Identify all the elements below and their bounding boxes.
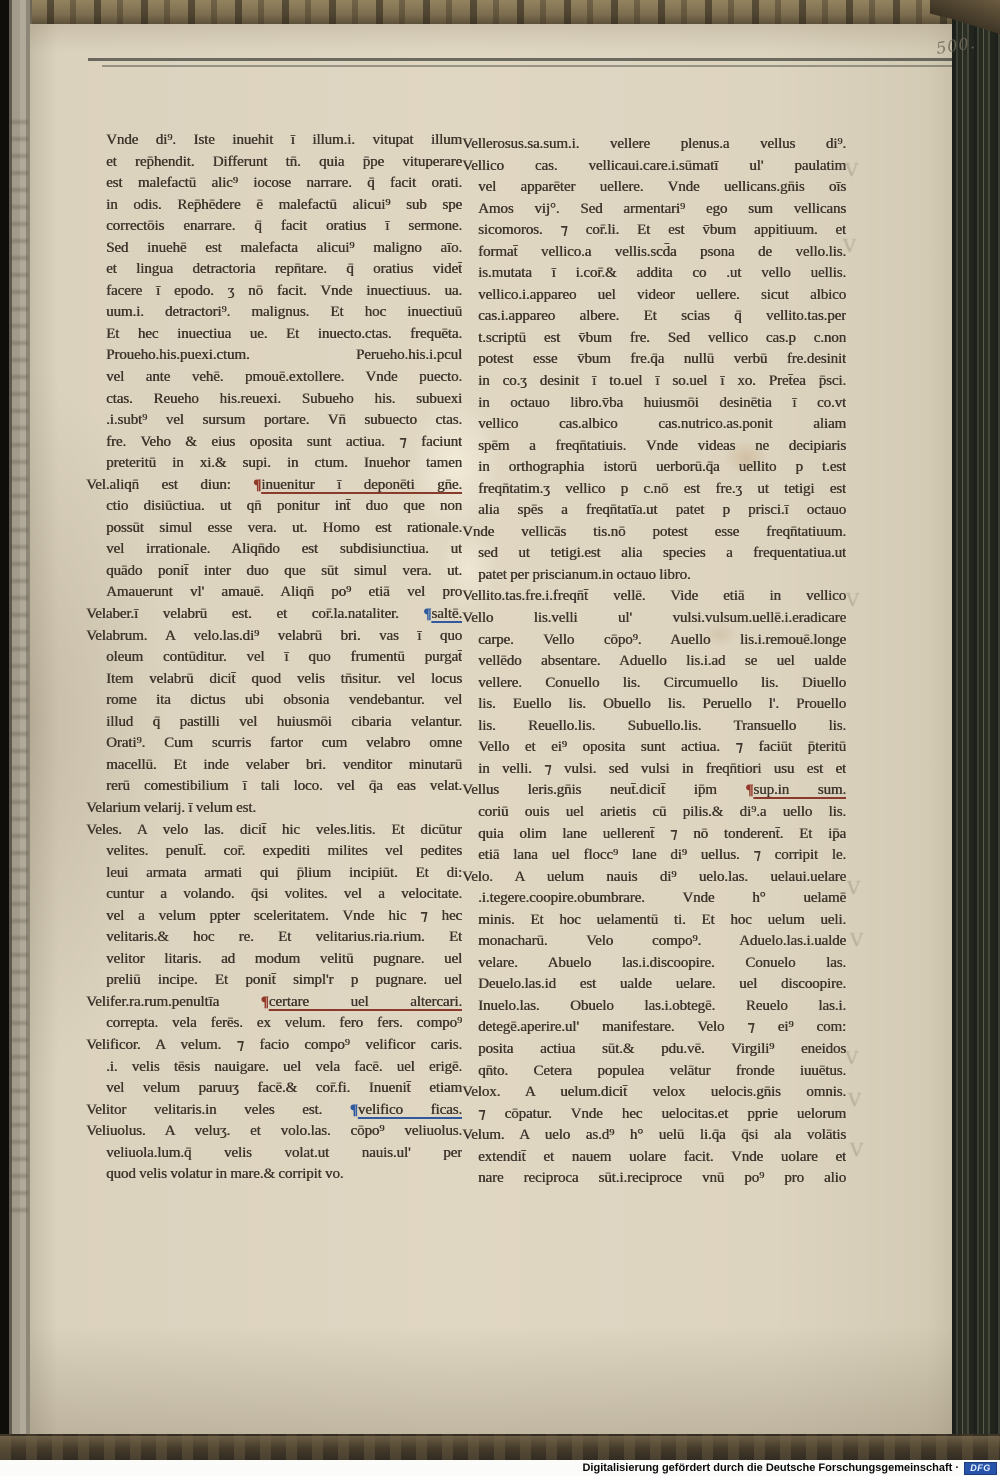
- text-line: uum.i. detractori⁹. malignus. Et hoc inu…: [86, 302, 462, 324]
- text-segment: correctōis enarrare. q̄ facit oratius ī …: [106, 218, 462, 234]
- text-line: Deuelo.las.id est ualde uelare. uel disc…: [462, 974, 846, 996]
- text-segment: Vnde di⁹. Iste inuehit ī illum.i. vitupa…: [106, 132, 462, 148]
- text-line: format̄ vellico.a vellis.scd̄a psona de …: [462, 242, 846, 264]
- text-line: et lingua detractoria repn̄tare. q̄ orat…: [86, 259, 462, 281]
- text-segment: lis. Euello lis. Obuello lis. Peruello l…: [478, 696, 846, 712]
- text-segment: uum.i. detractori⁹. malignus. Et hoc inu…: [106, 304, 462, 320]
- text-segment: posita actiua sūt.& pdu.vē. Virgili⁹ ene…: [478, 1041, 846, 1057]
- text-line: vel irrationale. Aliqn̄do est subdisiunc…: [86, 539, 462, 561]
- text-line: veliuola.lum.q̄ velis volat.ut nauis.ul'…: [86, 1143, 462, 1165]
- book-top-edge: [0, 0, 1000, 26]
- text-segment: saltē.: [431, 606, 462, 622]
- dfg-logo: DFG: [964, 1462, 997, 1475]
- text-segment: Veliuolus. A veluʒ. et volo.las. cōpo⁹ v…: [86, 1123, 462, 1139]
- text-line: Orati⁹. Cum scurris fartor cum velabro o…: [86, 733, 462, 755]
- text-segment: fre. Veho & eius oposita sunt actiua. ⁊ …: [106, 434, 462, 450]
- text-segment: sed ut tetigi.est alia species a frequen…: [478, 545, 846, 561]
- text-segment: in velli. ⁊ vulsi. sed vulsi in freqn̄ti…: [478, 761, 846, 777]
- text-line: facere ī epodo. ʒ nō facit. Vnde inuecti…: [86, 281, 462, 303]
- text-line: Vnde vellicās tis.nō potest esse freqn̄t…: [462, 522, 846, 544]
- text-line: monacharū. Velo compo⁹. Aduelo.las.i.ual…: [462, 931, 846, 953]
- text-segment: nare reciproca sūt.i.reciproce vnū po⁹ p…: [478, 1170, 846, 1186]
- text-line: est malefactū alic⁹ iocose narrare. q̄ f…: [86, 173, 462, 195]
- text-line: Velabrum. A velo.las.di⁹ velabrū bri. va…: [86, 626, 462, 648]
- text-line: spēm a freqn̄tatiuis. Vnde videas ne dec…: [462, 436, 846, 458]
- book-binding: [0, 0, 32, 1460]
- text-segment: cuntur a volando. q̄si volites. vel a ve…: [106, 886, 462, 902]
- text-segment: sicomoros. ⁊ cor̄.li. Et est v̄bum appit…: [478, 222, 846, 238]
- text-line: preteritū in xi.& supi. in ctum. Inuehor…: [86, 453, 462, 475]
- text-line: illud q̄ pastilli vel huiusmōi cibaria v…: [86, 712, 462, 734]
- text-line: Velum. A uelo as.d⁹ h° uelū li.q̄a q̄si …: [462, 1125, 846, 1147]
- text-segment: spēm a freqn̄tatiuis. Vnde videas ne dec…: [478, 438, 846, 454]
- text-segment: Vello lis.velli ul' vulsi.vulsum.uellē.i…: [462, 610, 846, 626]
- text-line: in orthographia istorū uerborū.q̄a uelli…: [462, 457, 846, 479]
- text-line: Velifer.ra.rum.penultīa ¶certare uel alt…: [86, 992, 462, 1014]
- text-segment: velare. Abuelo las.i.discoopire. Conuelo…: [478, 955, 846, 971]
- text-segment: in orthographia istorū uerborū.q̄a uelli…: [478, 459, 846, 475]
- text-line: Amauerunt vl' amauē. Aliqn̄ po⁹ etiā vel…: [86, 582, 462, 604]
- text-segment: ctio disiūctiua. ut qn̄ ponitur int̄ duo…: [106, 498, 462, 514]
- text-line: vellēdo absentare. Aduello lis.i.ad se u…: [462, 651, 846, 673]
- text-line: ⁊ cōpatur. Vnde hec uelocitas.et pprie u…: [462, 1104, 846, 1126]
- text-segment: vellico cas.albico cas.nutrico.as.ponit …: [478, 416, 846, 432]
- text-line: Et hec inuectiua ue. Et inuecto.ctas. fr…: [86, 324, 462, 346]
- text-segment: Vellico cas. vellicaui.care.i.sūmatī ul'…: [462, 158, 846, 174]
- text-segment: sup.in sum.: [753, 782, 846, 798]
- text-line: correctōis enarrare. q̄ facit oratius ī …: [86, 216, 462, 238]
- paragraph-mark: ¶: [261, 994, 269, 1010]
- text-segment: patet per priscianum.in octauo libro.: [478, 567, 691, 583]
- text-line: in velli. ⁊ vulsi. sed vulsi in freqn̄ti…: [462, 759, 846, 781]
- text-line: Vellus leris.gn̄is neut̄.dicit̄ ip̄m ¶su…: [462, 780, 846, 802]
- text-line: Velaber.ī velabrū est. et cor̄.la.natali…: [86, 604, 462, 626]
- text-line: vel velum paruuʒ facē.& cor̄.fi. Inuenit…: [86, 1078, 462, 1100]
- text-line: t.scriptū est v̄bum fre. Sed vellico cas…: [462, 328, 846, 350]
- text-line: vellere. Conuello lis. Circumuello lis. …: [462, 673, 846, 695]
- paragraph-mark: ¶: [253, 477, 261, 493]
- text-segment: coriū ouis uel arietis cū pilis.& di⁹.a …: [478, 804, 846, 820]
- text-segment: carpe. Vello cōpo⁹. Auello lis.i.remouē.…: [478, 632, 846, 648]
- text-segment: alia spēs a freqn̄tatīa.ut patet p prisc…: [478, 502, 846, 518]
- text-column-left: Vnde di⁹. Iste inuehit ī illum.i. vitupa…: [86, 130, 462, 1186]
- text-segment: correpta. vela ferēs. ex velum. fero fer…: [106, 1015, 462, 1031]
- text-segment: Orati⁹. Cum scurris fartor cum velabro o…: [106, 735, 462, 751]
- text-segment: vellēdo absentare. Aduello lis.i.ad se u…: [478, 653, 846, 669]
- text-segment: freqn̄tatim.ʒ vellico p c.nō est fre.ʒ u…: [478, 481, 846, 497]
- text-line: ctas. Reueho his.reuexi. Subueho his. su…: [86, 389, 462, 411]
- text-segment: vel irrationale. Aliqn̄do est subdisiunc…: [106, 541, 462, 557]
- text-segment: Et hec inuectiua ue. Et inuecto.ctas. fr…: [106, 326, 462, 342]
- text-line: .i.tegere.coopire.obumbrare. Vnde h° uel…: [462, 888, 846, 910]
- text-line: in octauo libro.v̄ba huiusmōi desinētia …: [462, 393, 846, 415]
- text-line: vellico cas.albico cas.nutrico.as.ponit …: [462, 414, 846, 436]
- text-segment: Velum. A uelo as.d⁹ h° uelū li.q̄a q̄si …: [462, 1127, 846, 1143]
- text-line: velare. Abuelo las.i.discoopire. Conuelo…: [462, 953, 846, 975]
- text-segment: Vellerosus.sa.sum.i. vellere plenus.a ve…: [462, 136, 846, 152]
- text-segment: velifico ficas.: [358, 1102, 462, 1118]
- text-segment: rome ita dictus ubi obsonia vendebantur.…: [106, 692, 462, 708]
- text-line: lis. Reuello.lis. Subuello.lis. Transuel…: [462, 716, 846, 738]
- text-line: Veliuolus. A veluʒ. et volo.las. cōpo⁹ v…: [86, 1121, 462, 1143]
- book-bottom-edge: [0, 1434, 1000, 1462]
- text-segment: .i. velis tēsis nauigare. uel vela facē.…: [106, 1059, 462, 1075]
- text-segment: quia olim lane uellerent̄ ⁊ nō tonderent…: [478, 826, 846, 842]
- text-line: quia olim lane uellerent̄ ⁊ nō tonderent…: [462, 824, 846, 846]
- text-segment: Amauerunt vl' amauē. Aliqn̄ po⁹ etiā vel…: [106, 584, 462, 600]
- bleed-through-letter: V: [847, 878, 860, 899]
- text-segment: Velitor velitaris.in veles est.: [86, 1102, 350, 1118]
- manuscript-scan: 500. Vnde di⁹. Iste inuehit ī illum.i. v…: [0, 0, 1000, 1476]
- page-stack-edge: [952, 14, 1000, 1444]
- text-segment: inuenitur ī deponēti gn̄e.: [261, 477, 462, 493]
- text-segment: et rep̄hendit. Differunt tn̄. quia p̄pe …: [106, 154, 462, 170]
- text-line: velitor litaris. ad modum velitū pugnare…: [86, 949, 462, 971]
- text-segment: Vnde vellicās tis.nō potest esse freqn̄t…: [462, 524, 846, 540]
- text-segment: certare uel altercari.: [269, 994, 462, 1010]
- text-segment: et lingua detractoria repn̄tare. q̄ orat…: [106, 261, 462, 277]
- page-edge-line-inner: [102, 65, 974, 87]
- text-segment: vel apparēter uellere. Vnde uellicans.gn…: [478, 179, 846, 195]
- text-line: patet per priscianum.in octauo libro.: [462, 565, 846, 587]
- text-segment: potest esse v̄bum fre.q̄a nullū verbū fr…: [478, 351, 846, 367]
- text-segment: velites. penult̄. cor̄. expediti milites…: [106, 843, 462, 859]
- text-line: et rep̄hendit. Differunt tn̄. quia p̄pe …: [86, 152, 462, 174]
- text-line: quod velis volatur in mare.& corripit vo…: [86, 1164, 462, 1186]
- text-line: cuntur a volando. q̄si volites. vel a ve…: [86, 884, 462, 906]
- text-line: Proueho.his.puexi.ctum. Perueho.his.i.pc…: [86, 345, 462, 367]
- digitization-credit-bar: Digitalisierung gefördert durch die Deut…: [0, 1460, 1000, 1476]
- text-segment: Vello et ei⁹ oposita sunt actiua. ⁊ faci…: [478, 739, 846, 755]
- text-segment: Velaber.ī velabrū est. et cor̄.la.natali…: [86, 606, 423, 622]
- text-segment: t.scriptū est v̄bum fre. Sed vellico cas…: [478, 330, 846, 346]
- text-segment: est malefactū alic⁹ iocose narrare. q̄ f…: [106, 175, 462, 191]
- text-segment: .i.tegere.coopire.obumbrare. Vnde h° uel…: [478, 890, 846, 906]
- credit-text: Digitalisierung gefördert durch die Deut…: [582, 1462, 959, 1474]
- text-line: Velitor velitaris.in veles est. ¶velific…: [86, 1100, 462, 1122]
- bleed-through-letter: V: [848, 1090, 861, 1111]
- text-segment: ⁊ cōpatur. Vnde hec uelocitas.et pprie u…: [478, 1106, 846, 1122]
- text-segment: cas.i.appareo albere. Et scias q̄ vellit…: [478, 308, 846, 324]
- text-segment: Sed inuehē est malefacta alicui⁹ maligno…: [106, 240, 462, 256]
- text-line: Vel.aliqn̄ est diun: ¶inuenitur ī deponē…: [86, 475, 462, 497]
- text-segment: Inuelo.las. Obuelo las.i.obtegē. Reuelo …: [478, 998, 846, 1014]
- text-segment: Deuelo.las.id est ualde uelare. uel disc…: [478, 976, 846, 992]
- text-segment: qn̄to. Cetera populea velātur fronde iuu…: [478, 1063, 846, 1079]
- text-segment: Velo. A uelum nauis di⁹ uelo.las. uelaui…: [462, 869, 846, 885]
- text-line: Veles. A velo las. dicit̄ hic veles.liti…: [86, 820, 462, 842]
- text-segment: in odis. Rep̄hēdere ē malefactū alicui⁹ …: [106, 197, 462, 213]
- text-line: Velox. A uelum.dicit̄ velox uelocis.gn̄i…: [462, 1082, 846, 1104]
- text-line: is.mutata ī i.cor̄.& addita co .ut vello…: [462, 263, 846, 285]
- text-segment: preteritū in xi.& supi. in ctum. Inuehor…: [106, 455, 462, 471]
- text-line: potest esse v̄bum fre.q̄a nullū verbū fr…: [462, 349, 846, 371]
- text-line: vellico.i.appareo uel videor uellere. si…: [462, 285, 846, 307]
- text-line: sed ut tetigi.est alia species a frequen…: [462, 543, 846, 565]
- text-segment: detegē.aperire.ul' manifestare. Velo ⁊ e…: [478, 1019, 846, 1035]
- text-line: oleum contūditur. vel ī quo frumentū pur…: [86, 647, 462, 669]
- text-segment: .i.subt⁹ vel sursum portare. Vn̄ subuect…: [106, 412, 462, 428]
- text-segment: Velarium velarij. ī velum est.: [86, 800, 256, 816]
- text-line: possūt simul esse vera. ut. Homo est rat…: [86, 518, 462, 540]
- text-segment: Item velabrū dicit̄ quod velis tn̄situr.…: [106, 671, 462, 687]
- text-segment: velitaris.& hoc re. Et velitarius.ria.ri…: [106, 929, 462, 945]
- text-line: nare reciproca sūt.i.reciproce vnū po⁹ p…: [462, 1168, 846, 1190]
- text-segment: in co.ʒ desinit ī to.uel ī so.uel ī xo. …: [478, 373, 846, 389]
- text-line: Amos vij°. Sed armentari⁹ ego sum vellic…: [462, 199, 846, 221]
- text-segment: Vellito.tas.fre.i.freqn̄t̄ vellē. Vide e…: [462, 588, 846, 604]
- text-segment: rerū comestibilium ī tali loco. vel q̄a …: [106, 778, 462, 794]
- text-line: fre. Veho & eius oposita sunt actiua. ⁊ …: [86, 432, 462, 454]
- text-segment: in octauo libro.v̄ba huiusmōi desinētia …: [478, 395, 846, 411]
- text-line: Inuelo.las. Obuelo las.i.obtegē. Reuelo …: [462, 996, 846, 1018]
- text-segment: monacharū. Velo compo⁹. Aduelo.las.i.ual…: [478, 933, 846, 949]
- text-line: Vellico cas. vellicaui.care.i.sūmatī ul'…: [462, 156, 846, 178]
- text-segment: Velificor. A velum. ⁊ facio compo⁹ velif…: [86, 1037, 462, 1053]
- text-segment: macellū. Et inde velaber bri. venditor m…: [106, 757, 462, 773]
- text-line: rerū comestibilium ī tali loco. vel q̄a …: [86, 776, 462, 798]
- text-line: Vello et ei⁹ oposita sunt actiua. ⁊ faci…: [462, 737, 846, 759]
- text-line: minis. Et hoc uelamentū ti. Et hoc uelum…: [462, 910, 846, 932]
- text-segment: minis. Et hoc uelamentū ti. Et hoc uelum…: [478, 912, 846, 928]
- text-line: Item velabrū dicit̄ quod velis tn̄situr.…: [86, 669, 462, 691]
- text-segment: preliū incipe. Et ponit̄ simpl'r p pugna…: [106, 972, 462, 988]
- text-line: vel apparēter uellere. Vnde uellicans.gn…: [462, 177, 846, 199]
- text-segment: vellere. Conuello lis. Circumuello lis. …: [478, 675, 846, 691]
- text-segment: Veles. A velo las. dicit̄ hic veles.liti…: [86, 822, 462, 838]
- text-line: coriū ouis uel arietis cū pilis.& di⁹.a …: [462, 802, 846, 824]
- text-segment: vel a velum ppter sceleritatem. Vnde hic…: [106, 908, 462, 924]
- paragraph-mark: ¶: [350, 1102, 358, 1118]
- text-line: in co.ʒ desinit ī to.uel ī so.uel ī xo. …: [462, 371, 846, 393]
- text-line: Sed inuehē est malefacta alicui⁹ maligno…: [86, 238, 462, 260]
- text-line: qn̄to. Cetera populea velātur fronde iuu…: [462, 1061, 846, 1083]
- text-segment: Proueho.his.puexi.ctum. Perueho.his.i.pc…: [106, 347, 462, 363]
- text-segment: Vellus leris.gn̄is neut̄.dicit̄ ip̄m: [462, 782, 745, 798]
- bleed-through-letter: V: [846, 590, 859, 611]
- text-line: quādo ponit̄ inter duo que sūt simul ver…: [86, 561, 462, 583]
- text-line: posita actiua sūt.& pdu.vē. Virgili⁹ ene…: [462, 1039, 846, 1061]
- bleed-through-letter: V: [845, 160, 858, 181]
- text-segment: Velifer.ra.rum.penultīa: [86, 994, 261, 1010]
- text-line: .i.subt⁹ vel sursum portare. Vn̄ subuect…: [86, 410, 462, 432]
- text-segment: ctas. Reueho his.reuexi. Subueho his. su…: [106, 391, 462, 407]
- text-line: .i. velis tēsis nauigare. uel vela facē.…: [86, 1057, 462, 1079]
- text-segment: quod velis volatur in mare.& corripit vo…: [106, 1166, 343, 1182]
- text-segment: veliuola.lum.q̄ velis volat.ut nauis.ul'…: [106, 1145, 462, 1161]
- text-line: Velo. A uelum nauis di⁹ uelo.las. uelaui…: [462, 867, 846, 889]
- text-segment: etiā lana uel flocc⁹ lane di⁹ uellus. ⁊ …: [478, 847, 846, 863]
- text-line: Vellito.tas.fre.i.freqn̄t̄ vellē. Vide e…: [462, 586, 846, 608]
- text-segment: facere ī epodo. ʒ nō facit. Vnde inuecti…: [106, 283, 462, 299]
- text-segment: vel ante vehē. pmouē.extollere. Vnde pue…: [106, 369, 462, 385]
- text-line: Vello lis.velli ul' vulsi.vulsum.uellē.i…: [462, 608, 846, 630]
- text-line: sicomoros. ⁊ cor̄.li. Et est v̄bum appit…: [462, 220, 846, 242]
- text-line: velitaris.& hoc re. Et velitarius.ria.ri…: [86, 927, 462, 949]
- text-line: extendit̄ et nauem uolare facit. Vnde uo…: [462, 1147, 846, 1169]
- text-line: freqn̄tatim.ʒ vellico p c.nō est fre.ʒ u…: [462, 479, 846, 501]
- text-line: detegē.aperire.ul' manifestare. Velo ⁊ e…: [462, 1017, 846, 1039]
- text-line: velites. penult̄. cor̄. expediti milites…: [86, 841, 462, 863]
- text-line: Velarium velarij. ī velum est.: [86, 798, 462, 820]
- text-line: vel ante vehē. pmouē.extollere. Vnde pue…: [86, 367, 462, 389]
- text-line: lis. Euello lis. Obuello lis. Peruello l…: [462, 694, 846, 716]
- text-segment: velitor litaris. ad modum velitū pugnare…: [106, 951, 462, 967]
- text-segment: leui armata armati qui p̄lium incipiūt. …: [106, 865, 462, 881]
- text-segment: oleum contūditur. vel ī quo frumentū pur…: [106, 649, 462, 665]
- text-segment: quādo ponit̄ inter duo que sūt simul ver…: [106, 563, 462, 579]
- text-line: macellū. Et inde velaber bri. venditor m…: [86, 755, 462, 777]
- text-line: Velificor. A velum. ⁊ facio compo⁹ velif…: [86, 1035, 462, 1057]
- text-line: ctio disiūctiua. ut qn̄ ponitur int̄ duo…: [86, 496, 462, 518]
- text-segment: illud q̄ pastilli vel huiusmōi cibaria v…: [106, 714, 462, 730]
- text-segment: Vel.aliqn̄ est diun:: [86, 477, 253, 493]
- text-line: in odis. Rep̄hēdere ē malefactū alicui⁹ …: [86, 195, 462, 217]
- text-segment: vellico.i.appareo uel videor uellere. si…: [478, 287, 846, 303]
- text-column-right: Vellerosus.sa.sum.i. vellere plenus.a ve…: [462, 134, 846, 1190]
- text-segment: Velabrum. A velo.las.di⁹ velabrū bri. va…: [86, 628, 462, 644]
- text-line: vel a velum ppter sceleritatem. Vnde hic…: [86, 906, 462, 928]
- text-segment: format̄ vellico.a vellis.scd̄a psona de …: [478, 244, 846, 260]
- bleed-through-letter: V: [850, 1140, 863, 1161]
- text-line: etiā lana uel flocc⁹ lane di⁹ uellus. ⁊ …: [462, 845, 846, 867]
- text-line: carpe. Vello cōpo⁹. Auello lis.i.remouē.…: [462, 630, 846, 652]
- text-segment: Amos vij°. Sed armentari⁹ ego sum vellic…: [478, 201, 846, 217]
- text-line: leui armata armati qui p̄lium incipiūt. …: [86, 863, 462, 885]
- text-segment: vel velum paruuʒ facē.& cor̄.fi. Inuenit…: [106, 1080, 462, 1096]
- text-segment: possūt simul esse vera. ut. Homo est rat…: [106, 520, 462, 536]
- text-line: rome ita dictus ubi obsonia vendebantur.…: [86, 690, 462, 712]
- text-segment: extendit̄ et nauem uolare facit. Vnde uo…: [478, 1149, 846, 1165]
- text-line: preliū incipe. Et ponit̄ simpl'r p pugna…: [86, 970, 462, 992]
- text-segment: Velox. A uelum.dicit̄ velox uelocis.gn̄i…: [462, 1084, 846, 1100]
- text-line: cas.i.appareo albere. Et scias q̄ vellit…: [462, 306, 846, 328]
- bleed-through-letter: V: [843, 236, 856, 257]
- bleed-through-letter: V: [850, 930, 863, 951]
- text-line: correpta. vela ferēs. ex velum. fero fer…: [86, 1013, 462, 1035]
- text-line: alia spēs a freqn̄tatīa.ut patet p prisc…: [462, 500, 846, 522]
- text-line: Vellerosus.sa.sum.i. vellere plenus.a ve…: [462, 134, 846, 156]
- bleed-through-letter: V: [845, 1048, 858, 1069]
- text-segment: lis. Reuello.lis. Subuello.lis. Transuel…: [478, 718, 846, 734]
- text-segment: is.mutata ī i.cor̄.& addita co .ut vello…: [478, 265, 846, 281]
- text-line: Vnde di⁹. Iste inuehit ī illum.i. vitupa…: [86, 130, 462, 152]
